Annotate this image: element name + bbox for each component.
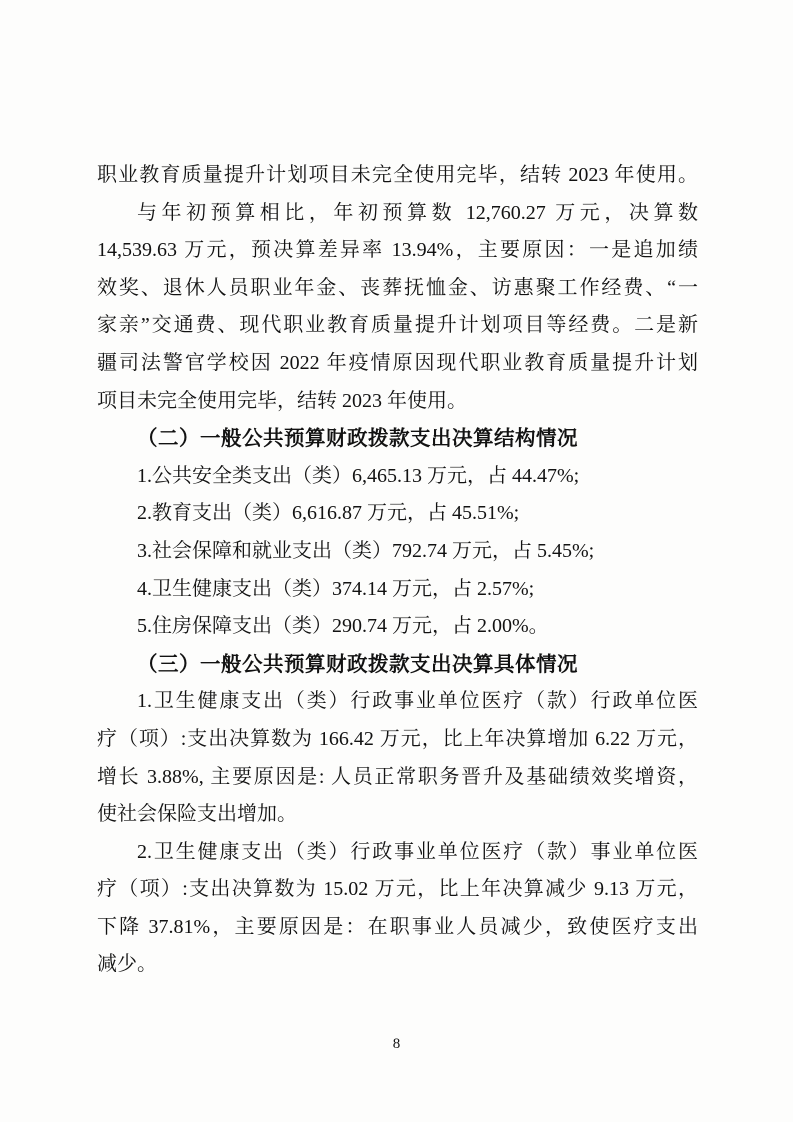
list-item-social-security: 3.社会保障和就业支出（类）792.74 万元，占 5.45%; xyxy=(97,533,698,571)
paragraph-line: 疗（项）:支出决算数为 15.02 万元，比上年决算减少 9.13 万元， xyxy=(97,871,698,909)
paragraph-line: 项目未完全使用完毕，结转 2023 年使用。 xyxy=(97,383,698,421)
list-item-public-security: 1.公共安全类支出（类）6,465.13 万元，占 44.47%; xyxy=(97,458,698,496)
paragraph-line: 疗（项）:支出决算数为 166.42 万元，比上年决算增加 6.22 万元， xyxy=(97,721,698,759)
section-heading-detail: （三）一般公共预算财政拨款支出决算具体情况 xyxy=(97,646,698,684)
paragraph-line: 增长 3.88%, 主要原因是: 人员正常职务晋升及基础绩效奖增资， xyxy=(97,759,698,797)
paragraph-line: 1.卫生健康支出（类）行政事业单位医疗（款）行政单位医 xyxy=(97,683,698,721)
paragraph-line: 减少。 xyxy=(97,946,698,984)
paragraph-line: 家亲”交通费、现代职业教育质量提升计划项目等经费。二是新 xyxy=(97,307,698,345)
section-heading-structure: （二）一般公共预算财政拨款支出决算结构情况 xyxy=(97,420,698,458)
paragraph-line: 14,539.63 万元，预决算差异率 13.94%，主要原因：一是追加绩 xyxy=(97,232,698,270)
paragraph-line: 与年初预算相比，年初预算数 12,760.27 万元，决算数 xyxy=(97,195,698,233)
list-item-education: 2.教育支出（类）6,616.87 万元，占 45.51%; xyxy=(97,495,698,533)
paragraph-line: 效奖、退休人员职业年金、丧葬抚恤金、访惠聚工作经费、“一 xyxy=(97,270,698,308)
paragraph-line: 职业教育质量提升计划项目未完全使用完毕，结转 2023 年使用。 xyxy=(97,157,698,195)
paragraph-line: 使社会保险支出增加。 xyxy=(97,796,698,834)
list-item-housing: 5.住房保障支出（类）290.74 万元，占 2.00%。 xyxy=(97,608,698,646)
paragraph-line: 下降 37.81%，主要原因是：在职事业人员减少，致使医疗支出 xyxy=(97,909,698,947)
page-number: 8 xyxy=(0,1036,793,1053)
list-item-health: 4.卫生健康支出（类）374.14 万元，占 2.57%; xyxy=(97,571,698,609)
paragraph-line: 疆司法警官学校因 2022 年疫情原因现代职业教育质量提升计划 xyxy=(97,345,698,383)
paragraph-line: 2.卫生健康支出（类）行政事业单位医疗（款）事业单位医 xyxy=(97,834,698,872)
document-page: 职业教育质量提升计划项目未完全使用完毕，结转 2023 年使用。 与年初预算相比… xyxy=(0,0,793,1122)
page-body: 职业教育质量提升计划项目未完全使用完毕，结转 2023 年使用。 与年初预算相比… xyxy=(97,157,698,984)
